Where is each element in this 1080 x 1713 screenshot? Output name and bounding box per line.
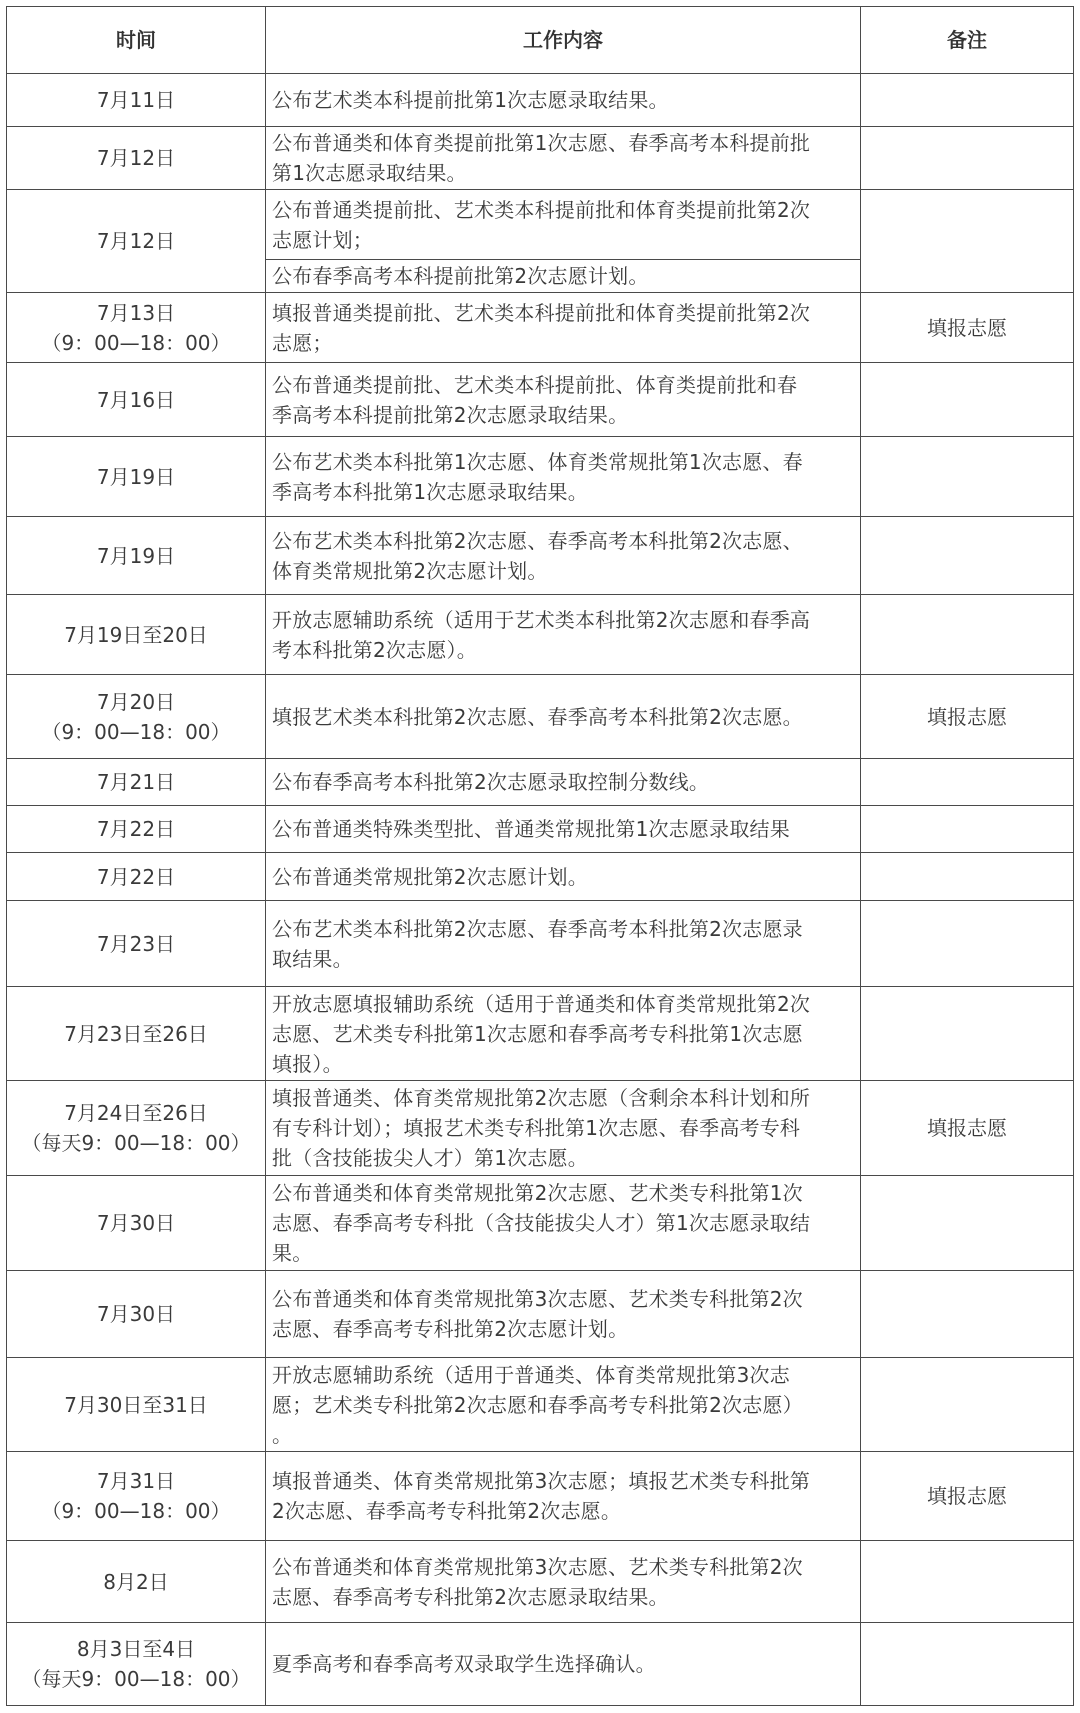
content-text: 公布普通类提前批、艺术类本科提前批和体育类提前批第2次 [272,195,854,225]
time-cell: 7月30日 [7,1271,266,1358]
content-text: 志愿、艺术类专科批第1次志愿和春季高考专科批第1次志愿 [272,1019,854,1049]
table-row: 7月20日（9：00—18：00）填报艺术类本科批第2次志愿、春季高考本科批第2… [7,675,1074,759]
table-body: 7月11日公布艺术类本科提前批第1次志愿录取结果。7月12日公布普通类和体育类提… [7,74,1074,1706]
content-text: 志愿、春季高考专科批（含技能拔尖人才）第1次志愿录取结 [272,1208,854,1238]
time-text: 7月19日 [13,541,259,571]
table-row: 7月22日公布普通类特殊类型批、普通类常规批第1次志愿录取结果 [7,806,1074,853]
note-cell [861,595,1074,675]
content-text: 公布艺术类本科提前批第1次志愿录取结果。 [272,85,854,115]
table-row: 8月2日公布普通类和体育类常规批第3次志愿、艺术类专科批第2次志愿、春季高考专科… [7,1541,1074,1623]
content-cell: 公布春季高考本科批第2次志愿录取控制分数线。 [266,759,861,806]
content-text: 公布普通类和体育类常规批第2次志愿、艺术类专科批第1次 [272,1178,854,1208]
content-text: 公布普通类和体育类常规批第3次志愿、艺术类专科批第2次 [272,1284,854,1314]
note-cell [861,901,1074,987]
content-cell: 公布春季高考本科提前批第2次志愿计划。 [266,260,861,293]
time-cell: 7月19日 [7,437,266,517]
time-text: 7月30日 [13,1299,259,1329]
content-text: 公布艺术类本科批第2次志愿、春季高考本科批第2次志愿、 [272,526,854,556]
time-text: （每天9：00—18：00） [13,1664,259,1694]
time-cell: 7月12日 [7,190,266,293]
content-text: 季高考本科提前批第2次志愿录取结果。 [272,400,854,430]
time-text: 7月23日至26日 [13,1019,259,1049]
time-cell: 7月19日至20日 [7,595,266,675]
content-cell: 公布艺术类本科提前批第1次志愿录取结果。 [266,74,861,127]
time-cell: 7月23日至26日 [7,987,266,1081]
time-text: （9：00—18：00） [13,717,259,747]
content-cell: 填报普通类、体育类常规批第3次志愿；填报艺术类专科批第2次志愿、春季高考专科批第… [266,1452,861,1541]
time-text: （每天9：00—18：00） [13,1128,259,1158]
admission-schedule-table: 时间 工作内容 备注 7月11日公布艺术类本科提前批第1次志愿录取结果。7月12… [6,6,1074,1706]
table-row: 7月22日公布普通类常规批第2次志愿计划。 [7,853,1074,901]
content-text: 。 [272,1420,854,1450]
header-note: 备注 [861,7,1074,74]
content-text: 公布春季高考本科提前批第2次志愿计划。 [272,261,854,291]
content-text: 公布艺术类本科批第2次志愿、春季高考本科批第2次志愿录 [272,914,854,944]
table-row: 7月24日至26日（每天9：00—18：00）填报普通类、体育类常规批第2次志愿… [7,1081,1074,1176]
table-row: 7月12日公布普通类提前批、艺术类本科提前批和体育类提前批第2次志愿计划； [7,190,1074,260]
content-text: 公布艺术类本科批第1次志愿、体育类常规批第1次志愿、春 [272,447,854,477]
content-text: 果。 [272,1238,854,1268]
note-cell [861,853,1074,901]
content-text: 2次志愿、春季高考专科批第2次志愿。 [272,1496,854,1526]
note-cell [861,1623,1074,1706]
content-cell: 公布普通类和体育类提前批第1次志愿、春季高考本科提前批第1次志愿录取结果。 [266,127,861,190]
note-cell [861,517,1074,595]
content-text: 体育类常规批第2次志愿计划。 [272,556,854,586]
time-text: 7月16日 [13,385,259,415]
content-text: 公布普通类提前批、艺术类本科提前批、体育类提前批和春 [272,370,854,400]
time-cell: 7月23日 [7,901,266,987]
time-cell: 7月21日 [7,759,266,806]
content-cell: 公布普通类提前批、艺术类本科提前批、体育类提前批和春季高考本科提前批第2次志愿录… [266,363,861,437]
table-row: 7月19日至20日开放志愿辅助系统（适用于艺术类本科批第2次志愿和春季高考本科批… [7,595,1074,675]
table-row: 7月31日（9：00—18：00）填报普通类、体育类常规批第3次志愿；填报艺术类… [7,1452,1074,1541]
note-cell [861,1271,1074,1358]
content-text: 开放志愿填报辅助系统（适用于普通类和体育类常规批第2次 [272,989,854,1019]
time-cell: 7月30日至31日 [7,1358,266,1452]
content-cell: 公布艺术类本科批第1次志愿、体育类常规批第1次志愿、春季高考本科批第1次志愿录取… [266,437,861,517]
time-cell: 7月12日 [7,127,266,190]
content-text: 公布普通类和体育类提前批第1次志愿、春季高考本科提前批 [272,128,854,158]
content-cell: 公布普通类和体育类常规批第3次志愿、艺术类专科批第2次志愿、春季高考专科批第2次… [266,1271,861,1358]
table-row: 7月30日公布普通类和体育类常规批第3次志愿、艺术类专科批第2次志愿、春季高考专… [7,1271,1074,1358]
time-text: （9：00—18：00） [13,1496,259,1526]
note-cell: 填报志愿 [861,293,1074,363]
time-text: 7月12日 [13,226,259,256]
note-cell [861,190,1074,293]
time-text: 7月22日 [13,814,259,844]
time-text: 7月12日 [13,143,259,173]
note-cell [861,1358,1074,1452]
content-text: 志愿、春季高考专科批第2次志愿计划。 [272,1314,854,1344]
table-row: 7月30日公布普通类和体育类常规批第2次志愿、艺术类专科批第1次志愿、春季高考专… [7,1176,1074,1271]
content-text: 填报普通类提前批、艺术类本科提前批和体育类提前批第2次 [272,298,854,328]
note-cell: 填报志愿 [861,1081,1074,1176]
content-text: 第1次志愿录取结果。 [272,158,854,188]
content-text: 考本科批第2次志愿）。 [272,635,854,665]
time-cell: 7月22日 [7,853,266,901]
time-cell: 8月2日 [7,1541,266,1623]
time-text: （9：00—18：00） [13,328,259,358]
header-time: 时间 [7,7,266,74]
content-text: 公布普通类和体育类常规批第3次志愿、艺术类专科批第2次 [272,1552,854,1582]
content-cell: 公布普通类和体育类常规批第3次志愿、艺术类专科批第2次志愿、春季高考专科批第2次… [266,1541,861,1623]
time-text: 7月11日 [13,85,259,115]
content-cell: 公布艺术类本科批第2次志愿、春季高考本科批第2次志愿、体育类常规批第2次志愿计划… [266,517,861,595]
note-cell [861,759,1074,806]
content-cell: 公布普通类和体育类常规批第2次志愿、艺术类专科批第1次志愿、春季高考专科批（含技… [266,1176,861,1271]
content-text: 填报艺术类本科批第2次志愿、春季高考本科批第2次志愿。 [272,702,854,732]
note-cell [861,437,1074,517]
table-row: 8月3日至4日（每天9：00—18：00）夏季高考和春季高考双录取学生选择确认。 [7,1623,1074,1706]
content-text: 填报）。 [272,1049,854,1079]
content-cell: 开放志愿辅助系统（适用于艺术类本科批第2次志愿和春季高考本科批第2次志愿）。 [266,595,861,675]
table-row: 7月19日公布艺术类本科批第2次志愿、春季高考本科批第2次志愿、体育类常规批第2… [7,517,1074,595]
content-text: 批（含技能拔尖人才）第1次志愿。 [272,1143,854,1173]
content-text: 公布普通类特殊类型批、普通类常规批第1次志愿录取结果 [272,814,854,844]
content-text: 公布春季高考本科批第2次志愿录取控制分数线。 [272,767,854,797]
time-cell: 8月3日至4日（每天9：00—18：00） [7,1623,266,1706]
content-text: 填报普通类、体育类常规批第2次志愿（含剩余本科计划和所 [272,1083,854,1113]
time-text: 8月3日至4日 [13,1634,259,1664]
table-row: 7月11日公布艺术类本科提前批第1次志愿录取结果。 [7,74,1074,127]
content-text: 公布普通类常规批第2次志愿计划。 [272,862,854,892]
time-cell: 7月16日 [7,363,266,437]
time-text: 7月30日至31日 [13,1390,259,1420]
content-text: 有专科计划）；填报艺术类专科批第1次志愿、春季高考专科 [272,1113,854,1143]
time-cell: 7月30日 [7,1176,266,1271]
table-row: 7月19日公布艺术类本科批第1次志愿、体育类常规批第1次志愿、春季高考本科批第1… [7,437,1074,517]
note-cell [861,1176,1074,1271]
time-text: 7月19日 [13,462,259,492]
time-text: 7月24日至26日 [13,1098,259,1128]
time-text: 7月30日 [13,1208,259,1238]
note-cell [861,806,1074,853]
content-cell: 开放志愿填报辅助系统（适用于普通类和体育类常规批第2次志愿、艺术类专科批第1次志… [266,987,861,1081]
content-cell: 夏季高考和春季高考双录取学生选择确认。 [266,1623,861,1706]
time-text: 7月22日 [13,862,259,892]
header-content: 工作内容 [266,7,861,74]
table-row: 7月12日公布普通类和体育类提前批第1次志愿、春季高考本科提前批第1次志愿录取结… [7,127,1074,190]
time-cell: 7月13日（9：00—18：00） [7,293,266,363]
time-text: 7月13日 [13,298,259,328]
content-text: 开放志愿辅助系统（适用于艺术类本科批第2次志愿和春季高 [272,605,854,635]
time-cell: 7月20日（9：00—18：00） [7,675,266,759]
table-row: 7月23日至26日开放志愿填报辅助系统（适用于普通类和体育类常规批第2次志愿、艺… [7,987,1074,1081]
table-row: 7月21日公布春季高考本科批第2次志愿录取控制分数线。 [7,759,1074,806]
content-cell: 填报艺术类本科批第2次志愿、春季高考本科批第2次志愿。 [266,675,861,759]
note-cell [861,127,1074,190]
content-cell: 开放志愿辅助系统（适用于普通类、体育类常规批第3次志愿；艺术类专科批第2次志愿和… [266,1358,861,1452]
time-text: 7月20日 [13,687,259,717]
note-cell [861,363,1074,437]
content-text: 志愿、春季高考专科批第2次志愿录取结果。 [272,1582,854,1612]
header-row: 时间 工作内容 备注 [7,7,1074,74]
table-row: 7月13日（9：00—18：00）填报普通类提前批、艺术类本科提前批和体育类提前… [7,293,1074,363]
content-text: 夏季高考和春季高考双录取学生选择确认。 [272,1649,854,1679]
note-cell [861,74,1074,127]
content-text: 愿；艺术类专科批第2次志愿和春季高考专科批第2次志愿） [272,1390,854,1420]
content-cell: 填报普通类提前批、艺术类本科提前批和体育类提前批第2次志愿； [266,293,861,363]
note-cell [861,987,1074,1081]
time-cell: 7月24日至26日（每天9：00—18：00） [7,1081,266,1176]
note-cell [861,1541,1074,1623]
time-cell: 7月22日 [7,806,266,853]
time-cell: 7月19日 [7,517,266,595]
note-cell: 填报志愿 [861,1452,1074,1541]
time-cell: 7月31日（9：00—18：00） [7,1452,266,1541]
content-text: 志愿； [272,328,854,358]
content-cell: 公布普通类提前批、艺术类本科提前批和体育类提前批第2次志愿计划； [266,190,861,260]
content-cell: 公布普通类常规批第2次志愿计划。 [266,853,861,901]
time-text: 7月19日至20日 [13,620,259,650]
table-row: 7月16日公布普通类提前批、艺术类本科提前批、体育类提前批和春季高考本科提前批第… [7,363,1074,437]
content-text: 志愿计划； [272,225,854,255]
content-cell: 填报普通类、体育类常规批第2次志愿（含剩余本科计划和所有专科计划）；填报艺术类专… [266,1081,861,1176]
content-text: 季高考本科批第1次志愿录取结果。 [272,477,854,507]
content-text: 填报普通类、体育类常规批第3次志愿；填报艺术类专科批第 [272,1466,854,1496]
content-text: 取结果。 [272,944,854,974]
time-cell: 7月11日 [7,74,266,127]
table-row: 7月30日至31日开放志愿辅助系统（适用于普通类、体育类常规批第3次志愿；艺术类… [7,1358,1074,1452]
time-text: 7月23日 [13,929,259,959]
content-cell: 公布普通类特殊类型批、普通类常规批第1次志愿录取结果 [266,806,861,853]
content-text: 开放志愿辅助系统（适用于普通类、体育类常规批第3次志 [272,1360,854,1390]
table-row: 7月23日公布艺术类本科批第2次志愿、春季高考本科批第2次志愿录取结果。 [7,901,1074,987]
time-text: 8月2日 [13,1567,259,1597]
time-text: 7月21日 [13,767,259,797]
content-cell: 公布艺术类本科批第2次志愿、春季高考本科批第2次志愿录取结果。 [266,901,861,987]
time-text: 7月31日 [13,1466,259,1496]
note-cell: 填报志愿 [861,675,1074,759]
